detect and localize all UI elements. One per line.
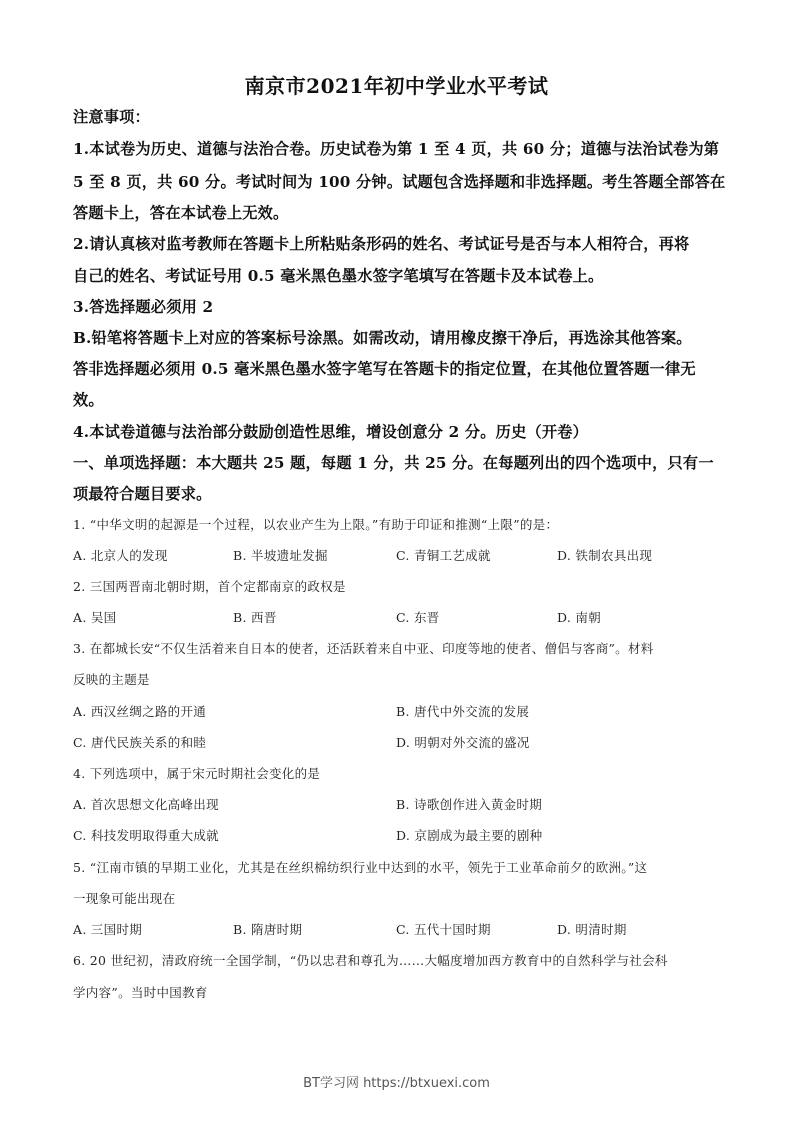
question-option: D. 京剧成为最主要的剧种 (396, 826, 542, 844)
question-option: A. 首次思想文化高峰出现 (73, 795, 219, 813)
question-option: A. 三国时期 (73, 920, 142, 938)
question-option: B. 半坡遗址发掘 (233, 546, 328, 564)
question-option: C. 五代十国时期 (396, 920, 491, 938)
question-option: D. 明清时期 (557, 920, 627, 938)
notice-line: 自己的姓名、考试证号用 0.5 毫米黑色墨水签字笔填写在答题卡及本试卷上。 (73, 265, 603, 286)
question-stem: 一现象可能出现在 (73, 889, 175, 907)
question-option: C. 东晋 (396, 608, 440, 626)
question-option: B. 唐代中外交流的发展 (396, 702, 529, 720)
question-stem: 6. 20 世纪初，清政府统一全国学制，“仍以忠君和尊孔为……大幅度增加西方教育… (73, 951, 668, 969)
page-title: 南京市2021年初中学业水平考试 (0, 70, 793, 99)
notice-line: 5 至 8 页，共 60 分。考试时间为 100 分钟。试题包含选择题和非选择题… (73, 171, 725, 192)
section-heading: 项最符合题目要求。 (73, 483, 212, 504)
question-stem: 1. “中华文明的起源是一个过程，以农业产生为上限。”有助于印证和推测“上限”的… (73, 515, 558, 533)
notice-line: 2.请认真核对监考教师在答题卡上所粘贴条形码的姓名、考试证号是否与本人相符合，再… (73, 233, 689, 254)
question-option: A. 吴国 (73, 608, 116, 626)
notice-line: 4.本试卷道德与法治部分鼓励创造性思维，增设创意分 2 分。历史（开卷） (73, 421, 588, 442)
question-option: D. 南朝 (557, 608, 601, 626)
question-option: D. 明朝对外交流的盛况 (396, 733, 530, 751)
section-heading: 一、单项选择题：本大题共 25 题，每题 1 分，共 25 分。在每题列出的四个… (73, 452, 714, 473)
notice-line: 3.答选择题必须用 2 (73, 296, 213, 317)
question-option: B. 隋唐时期 (233, 920, 302, 938)
notice-line: 答非选择题必须用 0.5 毫米黑色墨水签字笔写在答题卡的指定位置，在其他位置答题… (73, 358, 696, 379)
footer-watermark: BT学习网 https://btxuexi.com (0, 1072, 793, 1091)
notice-line: B.铅笔将答题卡上对应的答案标号涂黑。如需改动，请用橡皮擦干净后，再选涂其他答案… (73, 327, 692, 348)
question-stem: 反映的主题是 (73, 670, 150, 688)
question-stem: 5. “江南市镇的早期工业化，尤其是在丝织棉纺织行业中达到的水平，领先于工业革命… (73, 858, 647, 876)
question-option: C. 青铜工艺成就 (396, 546, 491, 564)
question-stem: 学内容”。当时中国教育 (73, 983, 208, 1001)
question-option: A. 西汉丝绸之路的开通 (73, 702, 206, 720)
question-option: B. 诗歌创作进入黄金时期 (396, 795, 542, 813)
notice-heading: 注意事项： (73, 106, 150, 127)
question-option: C. 科技发明取得重大成就 (73, 826, 219, 844)
exam-page: 南京市2021年初中学业水平考试 注意事项： 1.本试卷为历史、道德与法治合卷。… (0, 0, 793, 1122)
notice-line: 效。 (73, 389, 104, 410)
question-stem: 3. 在都城长安“不仅生活着来自日本的使者，还活跃着来自中亚、印度等地的使者、僧… (73, 639, 654, 657)
question-option: D. 铁制农具出现 (557, 546, 652, 564)
notice-line: 答题卡上，答在本试卷上无效。 (73, 202, 288, 223)
notice-line: 1.本试卷为历史、道德与法治合卷。历史试卷为第 1 至 4 页，共 60 分；道… (73, 138, 719, 159)
question-option: A. 北京人的发现 (73, 546, 168, 564)
question-option: B. 西晋 (233, 608, 277, 626)
question-stem: 2. 三国两晋南北朝时期，首个定都南京的政权是 (73, 577, 346, 595)
question-option: C. 唐代民族关系的和睦 (73, 733, 206, 751)
question-stem: 4. 下列选项中，属于宋元时期社会变化的是 (73, 764, 320, 782)
